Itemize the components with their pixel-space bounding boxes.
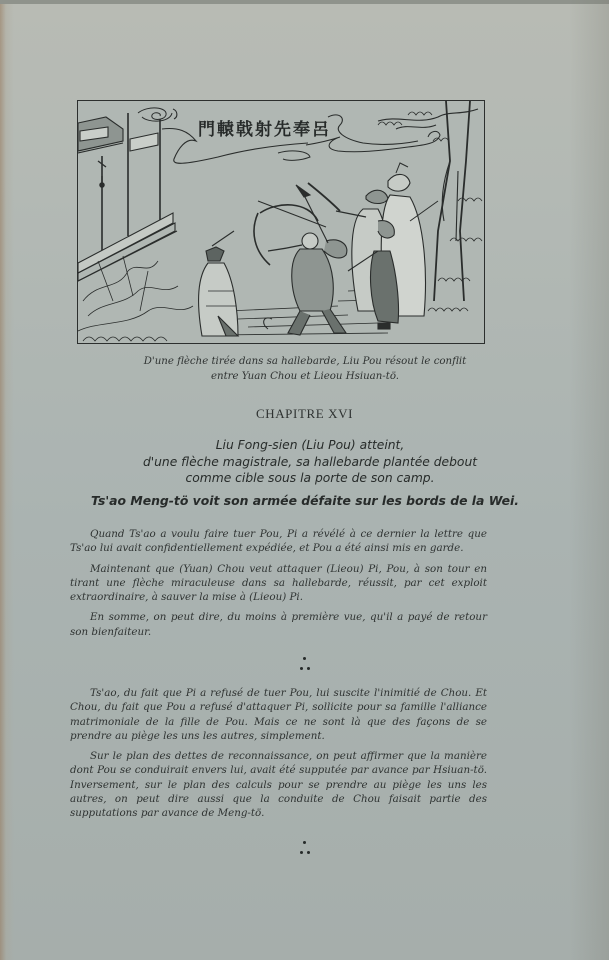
headline-line-1: Liu Fong-sien (Liu Pou) atteint, [60,437,560,454]
headline-line-3: comme cible sous la porte de son camp. [60,470,560,487]
caption-line-1: D'une flèche tirée dans sa hallebarde, L… [100,354,510,369]
headline-line-2: d'une flèche magistrale, sa hallebarde p… [60,454,560,471]
asterism-dot [307,667,310,670]
paragraph: En somme, on peut dire, du moins à premi… [70,610,487,639]
paragraph: Ts'ao, du fait que Pi a refusé de tuer P… [70,686,487,743]
asterism-dot [300,851,303,854]
page-top-edge [0,0,609,4]
woodblock-illustration: 門轅戟射先奉呂 [77,100,485,344]
chapter-label: CHAPITRE XVI [0,406,609,422]
body-section-1: Quand Ts'ao a voulu faire tuer Pou, Pi a… [70,527,487,645]
book-page: 門轅戟射先奉呂 D'une flèche tirée dans sa halle… [0,0,609,960]
chapter-headline: Liu Fong-sien (Liu Pou) atteint, d'une f… [60,437,560,487]
asterism-dot [307,851,310,854]
caption-line-2: entre Yuan Chou et Lieou Hsiuan-tö. [100,369,510,384]
paragraph: Maintenant que (Yuan) Chou veut attaquer… [70,562,487,605]
asterism-dot [300,667,303,670]
paragraph: Quand Ts'ao a voulu faire tuer Pou, Pi a… [70,527,487,556]
illustration-caption: D'une flèche tirée dans sa hallebarde, L… [100,354,510,384]
section-separator [0,834,609,854]
body-section-2: Ts'ao, du fait que Pi a refusé de tuer P… [70,686,487,827]
illustration-chinese-title: 門轅戟射先奉呂 [198,115,331,140]
chapter-subheadline: Ts'ao Meng-tö voit son armée défaite sur… [60,493,550,508]
paragraph: Sur le plan des dettes de reconnaissance… [70,749,487,820]
section-separator [0,650,609,670]
